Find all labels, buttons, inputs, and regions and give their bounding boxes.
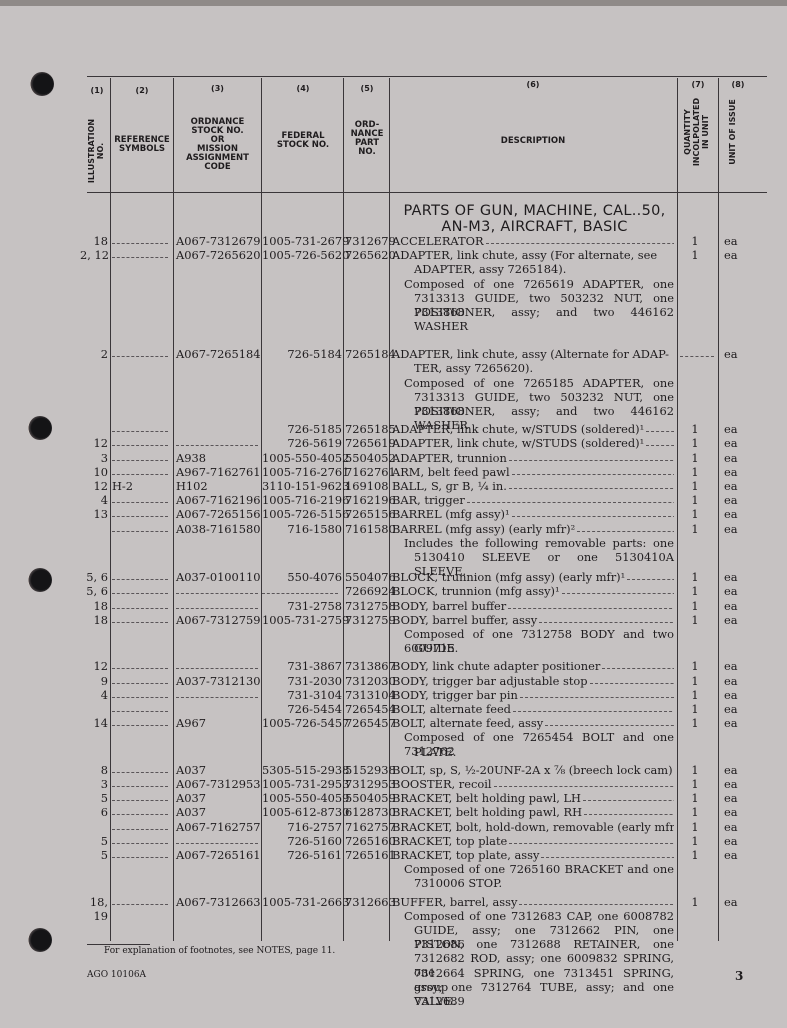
description: BAR, trigger xyxy=(392,493,674,507)
description-text: BAR, trigger xyxy=(392,493,465,507)
description-text: ADAPTER, link chute, w/STUDS (soldered)¹ xyxy=(392,422,644,436)
description-text: BRACKET, belt holding pawl, RH xyxy=(392,805,582,819)
description-text: BRACKET, belt holding pawl, LH xyxy=(392,791,581,805)
ordnance-stock-no xyxy=(176,436,260,450)
leader-dashes xyxy=(577,522,674,532)
reference-symbol xyxy=(112,613,170,627)
column-number: (4) xyxy=(263,84,343,93)
description-text: BRACKET, top plate xyxy=(392,834,507,848)
description: BALL, S, gr B, ¼ in. xyxy=(392,479,674,493)
illustration-no: 13 xyxy=(80,507,108,521)
ordnance-part-no: 5152938 xyxy=(345,763,389,777)
description-text: BODY, trigger bar adjustable stop xyxy=(392,674,588,688)
description-text: BLOCK, trunnion (mfg assy)¹ xyxy=(392,584,560,598)
leader-dashes xyxy=(112,820,168,830)
quantity: 1 xyxy=(680,436,710,450)
federal-stock-no: 1005-550-4059 xyxy=(262,791,342,805)
federal-stock-no: 1005-716-2196 xyxy=(262,493,342,507)
column-number: (8) xyxy=(720,80,756,89)
illustration-no: 19 xyxy=(80,909,108,923)
table-row: 5, 67266924BLOCK, trunnion (mfg assy)¹1e… xyxy=(0,584,787,598)
leader-dashes xyxy=(112,234,168,244)
ordnance-part-no: 7265185 xyxy=(345,422,389,436)
unit-of-issue: ea xyxy=(724,895,754,909)
description: BRACKET, belt holding pawl, RH xyxy=(392,805,674,819)
description-text: BOOSTER, recoil xyxy=(392,777,492,791)
leader-dashes xyxy=(112,895,168,905)
leader-dashes xyxy=(112,777,168,787)
illustration-no: 5 xyxy=(80,834,108,848)
table-row: 2, 12A067-72656201005-726-56207265620ADA… xyxy=(0,248,787,262)
description-continuation: PISTON, one 7312688 RETAINER, one xyxy=(414,937,674,951)
illustration-no: 18 xyxy=(80,613,108,627)
ordnance-part-no: 7313104 xyxy=(345,688,389,702)
table-row: 726-54547265454BOLT, alternate feed1ea xyxy=(0,702,787,716)
table-row: 5, 6A037-0100110550-40765504076BLOCK, tr… xyxy=(0,570,787,584)
header-description: DESCRIPTION xyxy=(390,137,676,146)
table-row: 3A067-73129531005-731-29537312953BOOSTER… xyxy=(0,777,787,791)
quantity: 1 xyxy=(680,674,710,688)
ordnance-part-no: 169108 xyxy=(345,479,389,493)
leader-dashes xyxy=(112,599,168,609)
ordnance-stock-no: A067-7265184 xyxy=(176,347,260,361)
leader-dashes xyxy=(112,659,168,669)
quantity: 1 xyxy=(680,895,710,909)
table-row: 12726-56197265619ADAPTER, link chute, w/… xyxy=(0,436,787,450)
quantity: 1 xyxy=(680,570,710,584)
unit-of-issue: ea xyxy=(724,791,754,805)
description-continuation: Composed of one 7312683 CAP, one 6008782 xyxy=(404,909,674,923)
leader-dashes xyxy=(486,234,674,244)
footnote-rule xyxy=(87,944,150,945)
description-continuation: Composed of one 7265619 ADAPTER, one xyxy=(404,277,674,291)
ordnance-part-no: 7312679 xyxy=(345,234,389,248)
leader-dashes xyxy=(262,584,338,594)
quantity: 1 xyxy=(680,702,710,716)
description-text: BUFFER, barrel, assy xyxy=(392,895,517,909)
ordnance-part-no: 7162757 xyxy=(345,820,389,834)
reference-symbol xyxy=(112,716,170,730)
unit-of-issue: ea xyxy=(724,716,754,730)
leader-dashes xyxy=(519,895,674,905)
header-illustration-no: ILLUSTRATIONNO. xyxy=(87,116,105,186)
table-row: 4A067-71621961005-716-21967162196BAR, tr… xyxy=(0,493,787,507)
federal-stock-no: 550-4076 xyxy=(262,570,342,584)
unit-of-issue: ea xyxy=(724,465,754,479)
page-number: 3 xyxy=(735,969,743,983)
ordnance-part-no: 7313867 xyxy=(345,659,389,673)
header-federal-stock-no: FEDERALSTOCK NO. xyxy=(263,132,343,150)
ordnance-stock-no xyxy=(176,834,260,848)
reference-symbol xyxy=(112,763,170,777)
quantity: 1 xyxy=(680,422,710,436)
leader-dashes xyxy=(583,791,674,801)
leader-dashes xyxy=(520,688,674,698)
column-number: (6) xyxy=(390,80,676,89)
reference-symbol xyxy=(112,584,170,598)
illustration-no: 2, 12 xyxy=(80,248,108,262)
illustration-no: 4 xyxy=(80,493,108,507)
federal-stock-no: 726-5161 xyxy=(262,848,342,862)
federal-stock-no: 1005-726-5620 xyxy=(262,248,342,262)
description-continuation: GUIDE. xyxy=(414,641,674,655)
description-text: ADAPTER, link chute, assy (Alternate for… xyxy=(392,347,669,361)
leader-dashes xyxy=(513,702,674,712)
leader-dashes xyxy=(112,763,168,773)
description-text: BODY, trigger bar pin xyxy=(392,688,518,702)
reference-symbol: H-2 xyxy=(112,479,170,493)
quantity: 1 xyxy=(680,248,710,262)
leader-dashes xyxy=(545,716,674,726)
ordnance-part-no: 7265161 xyxy=(345,848,389,862)
federal-stock-no: 1005-716-2761 xyxy=(262,465,342,479)
table-row: 726-51857265185ADAPTER, link chute, w/ST… xyxy=(0,422,787,436)
leader-dashes xyxy=(112,702,168,712)
illustration-no: 5, 6 xyxy=(80,570,108,584)
reference-symbol xyxy=(112,347,170,361)
quantity: 1 xyxy=(680,451,710,465)
federal-stock-no: 716-1580 xyxy=(262,522,342,536)
federal-stock-no: 1005-731-2759 xyxy=(262,613,342,627)
table-header-rule xyxy=(87,192,767,193)
leader-dashes xyxy=(680,347,714,357)
quantity: 1 xyxy=(680,688,710,702)
table-row: 18A067-73127591005-731-27597312759BODY, … xyxy=(0,613,787,627)
quantity: 1 xyxy=(680,820,710,834)
description: BODY, trigger bar adjustable stop xyxy=(392,674,674,688)
reference-symbol xyxy=(112,688,170,702)
description: BODY, link chute adapter positioner xyxy=(392,659,674,673)
reference-symbol xyxy=(112,465,170,479)
ordnance-part-no: 5504052 xyxy=(345,451,389,465)
description-text: BRACKET, top plate, assy xyxy=(392,848,539,862)
leader-dashes xyxy=(512,465,674,475)
illustration-no: 6 xyxy=(80,805,108,819)
description-text: BARREL (mfg assy)¹ xyxy=(392,507,510,521)
leader-dashes xyxy=(602,659,674,669)
unit-of-issue: ea xyxy=(724,493,754,507)
reference-symbol xyxy=(112,777,170,791)
reference-symbol xyxy=(112,599,170,613)
unit-of-issue: ea xyxy=(724,522,754,536)
reference-symbol xyxy=(112,895,170,909)
header-ordnance-stock-no: ORDNANCESTOCK NO.OR MISSIONASSIGNMENTCOD… xyxy=(175,118,260,172)
leader-dashes xyxy=(512,507,674,517)
description: BRACKET, top plate xyxy=(392,834,674,848)
column-number: (7) xyxy=(679,80,717,89)
leader-dashes xyxy=(176,599,258,609)
reference-symbol xyxy=(112,570,170,584)
reference-symbol xyxy=(112,234,170,248)
illustration-no: 18 xyxy=(80,234,108,248)
federal-stock-no xyxy=(262,584,342,598)
description-text: BALL, S, gr B, ¼ in. xyxy=(392,479,507,493)
quantity: 1 xyxy=(680,234,710,248)
page-top-edge xyxy=(0,0,787,6)
leader-dashes xyxy=(562,584,674,594)
federal-stock-no: 1005-612-8730 xyxy=(262,805,342,819)
ordnance-part-no: 7265457 xyxy=(345,716,389,730)
quantity: 1 xyxy=(680,507,710,521)
description-text: BOLT, alternate feed, assy xyxy=(392,716,543,730)
ordnance-part-no: 5504076 xyxy=(345,570,389,584)
table-row: 2A067-7265184726-51847265184ADAPTER, lin… xyxy=(0,347,787,361)
ordnance-part-no: 7162196 xyxy=(345,493,389,507)
illustration-no: 12 xyxy=(80,479,108,493)
ordnance-stock-no: A067-7265161 xyxy=(176,848,260,862)
description-continuation: 7310006 STOP. xyxy=(414,876,674,890)
federal-stock-no: 731-2030 xyxy=(262,674,342,688)
description-text: ADAPTER, trunnion xyxy=(392,451,507,465)
unit-of-issue: ea xyxy=(724,820,754,834)
illustration-no: 5, 6 xyxy=(80,584,108,598)
federal-stock-no: 726-5185 xyxy=(262,422,342,436)
ordnance-part-no: 7265619 xyxy=(345,436,389,450)
description: BODY, trigger bar pin xyxy=(392,688,674,702)
ordnance-part-no: 7265454 xyxy=(345,702,389,716)
ordnance-stock-no xyxy=(176,584,260,598)
ordnance-part-no: 7312953 xyxy=(345,777,389,791)
description: ADAPTER, link chute, w/STUDS (soldered)¹ xyxy=(392,436,674,450)
description: BRACKET, belt holding pawl, LH xyxy=(392,791,674,805)
description-text: BOLT, sp, S, ½-20UNF-2A x ⅞ (breech lock… xyxy=(392,763,673,777)
table-row: 12731-38677313867BODY, link chute adapte… xyxy=(0,659,787,673)
reference-symbol xyxy=(112,848,170,862)
leader-dashes xyxy=(509,479,674,489)
table-row: 18,A067-73126631005-731-26637312663BUFFE… xyxy=(0,895,787,909)
reference-symbol xyxy=(112,507,170,521)
leader-dashes xyxy=(112,805,168,815)
unit-of-issue: ea xyxy=(724,507,754,521)
unit-of-issue: ea xyxy=(724,674,754,688)
binder-hole xyxy=(28,928,52,952)
description: ACCELERATOR xyxy=(392,234,674,248)
description-text: BLOCK, trunnion (mfg assy) (early mfr)¹ xyxy=(392,570,625,584)
description-text: BODY, link chute adapter positioner xyxy=(392,659,600,673)
federal-stock-no: 731-2758 xyxy=(262,599,342,613)
illustration-no: 18, xyxy=(80,895,108,909)
reference-symbol xyxy=(112,522,170,536)
leader-dashes xyxy=(112,613,168,623)
unit-of-issue: ea xyxy=(724,777,754,791)
ordnance-part-no: 7265184 xyxy=(345,347,389,361)
leader-dashes xyxy=(508,599,674,609)
leader-dashes xyxy=(112,674,168,684)
ordnance-part-no: 7312758 xyxy=(345,599,389,613)
ordnance-stock-no: A067-7265156 xyxy=(176,507,260,521)
table-row: 5A0371005-550-40595504059BRACKET, belt h… xyxy=(0,791,787,805)
ordnance-part-no: 7161580 xyxy=(345,522,389,536)
description-text: BODY, barrel buffer xyxy=(392,599,506,613)
table-row: 9A037-7312130731-20307312030BODY, trigge… xyxy=(0,674,787,688)
ordnance-stock-no: A067-7312953 xyxy=(176,777,260,791)
header-quantity: QUANTITYINCOLPOLATEDIN UNIT xyxy=(683,92,710,172)
description: ADAPTER, trunnion xyxy=(392,451,674,465)
leader-dashes xyxy=(646,422,674,432)
description-text: BARREL (mfg assy) (early mfr)² xyxy=(392,522,575,536)
quantity: 1 xyxy=(680,584,710,598)
ordnance-stock-no: A037 xyxy=(176,791,260,805)
table-row: 18A067-73126791005-731-26797312679ACCELE… xyxy=(0,234,787,248)
description: ARM, belt feed pawl xyxy=(392,465,674,479)
leader-dashes xyxy=(112,347,168,357)
leader-dashes xyxy=(627,570,674,580)
description-text: ARM, belt feed pawl xyxy=(392,465,510,479)
federal-stock-no: 726-5619 xyxy=(262,436,342,450)
leader-dashes xyxy=(467,493,674,503)
description: ADAPTER, link chute, assy (Alternate for… xyxy=(392,347,674,361)
unit-of-issue: ea xyxy=(724,436,754,450)
illustration-no: 5 xyxy=(80,791,108,805)
description: BOLT, sp, S, ½-20UNF-2A x ⅞ (breech lock… xyxy=(392,763,674,777)
ordnance-stock-no: A067-7162196 xyxy=(176,493,260,507)
federal-stock-no: 3110-151-9623 xyxy=(262,479,342,493)
unit-of-issue: ea xyxy=(724,613,754,627)
illustration-no: 3 xyxy=(80,451,108,465)
federal-stock-no: 726-5160 xyxy=(262,834,342,848)
leader-dashes xyxy=(539,613,674,623)
table-row: 10A967-71627611005-716-27617162761ARM, b… xyxy=(0,465,787,479)
table-row: 12H-2H1023110-151-9623169108BALL, S, gr … xyxy=(0,479,787,493)
leader-dashes xyxy=(541,848,674,858)
description: BARREL (mfg assy)¹ xyxy=(392,507,674,521)
quantity: 1 xyxy=(680,465,710,479)
unit-of-issue: ea xyxy=(724,347,754,361)
quantity xyxy=(680,347,710,361)
quantity: 1 xyxy=(680,479,710,493)
ordnance-stock-no: A037-0100110 xyxy=(176,570,260,584)
reference-symbol xyxy=(112,674,170,688)
leader-dashes xyxy=(112,248,168,258)
table-row: A067-7162757716-27577162757BRACKET, bolt… xyxy=(0,820,787,834)
unit-of-issue: ea xyxy=(724,834,754,848)
ordnance-stock-no: A067-7312663 xyxy=(176,895,260,909)
federal-stock-no: 1005-726-5156 xyxy=(262,507,342,521)
illustration-no: 2 xyxy=(80,347,108,361)
description-text: ACCELERATOR xyxy=(392,234,484,248)
ordnance-stock-no: A067-7312759 xyxy=(176,613,260,627)
ordnance-stock-no xyxy=(176,659,260,673)
table-row: 6A0371005-612-87306128730BRACKET, belt h… xyxy=(0,805,787,819)
reference-symbol xyxy=(112,451,170,465)
ordnance-part-no: 7162761 xyxy=(345,465,389,479)
leader-dashes xyxy=(494,777,674,787)
illustration-no: 10 xyxy=(80,465,108,479)
unit-of-issue: ea xyxy=(724,763,754,777)
ordnance-stock-no: A067-7265620 xyxy=(176,248,260,262)
federal-stock-no: 726-5454 xyxy=(262,702,342,716)
quantity: 1 xyxy=(680,848,710,862)
leader-dashes xyxy=(112,716,168,726)
leader-dashes xyxy=(112,493,168,503)
leader-dashes xyxy=(646,436,674,446)
column-number: (1) xyxy=(85,86,109,95)
federal-stock-no: 731-3104 xyxy=(262,688,342,702)
reference-symbol xyxy=(112,791,170,805)
description-continuation: Includes the following removable parts: … xyxy=(404,536,674,550)
table-row: 5726-51607265160BRACKET, top plate1ea xyxy=(0,834,787,848)
leader-dashes xyxy=(176,688,258,698)
leader-dashes xyxy=(112,522,168,532)
unit-of-issue: ea xyxy=(724,570,754,584)
illustration-no: 9 xyxy=(80,674,108,688)
federal-stock-no: 1005-726-5457 xyxy=(262,716,342,730)
reference-symbol xyxy=(112,422,170,436)
federal-stock-no: 1005-731-2679 xyxy=(262,234,342,248)
table-row: 3A9381005-550-40525504052ADAPTER, trunni… xyxy=(0,451,787,465)
quantity: 1 xyxy=(680,599,710,613)
quantity: 1 xyxy=(680,763,710,777)
description: BOLT, alternate feed, assy xyxy=(392,716,674,730)
header-unit-of-issue: UNIT OF ISSUE xyxy=(728,92,737,172)
description-text: ADAPTER, link chute, assy (For alternate… xyxy=(392,248,657,262)
quantity: 1 xyxy=(680,613,710,627)
reference-symbol xyxy=(112,820,170,834)
quantity: 1 xyxy=(680,791,710,805)
leader-dashes xyxy=(509,834,674,844)
table-row: 4731-31047313104BODY, trigger bar pin1ea xyxy=(0,688,787,702)
description: BLOCK, trunnion (mfg assy)¹ xyxy=(392,584,674,598)
description: BOOSTER, recoil xyxy=(392,777,674,791)
quantity: 1 xyxy=(680,805,710,819)
header-ordnance-part-no: ORD-NANCEPARTNO. xyxy=(345,121,389,157)
ordnance-stock-no: A967 xyxy=(176,716,260,730)
federal-stock-no: 1005-731-2953 xyxy=(262,777,342,791)
unit-of-issue: ea xyxy=(724,234,754,248)
ordnance-part-no: 6128730 xyxy=(345,805,389,819)
leader-dashes xyxy=(176,659,258,669)
table-row: 14A9671005-726-54577265457BOLT, alternat… xyxy=(0,716,787,730)
ordnance-part-no: 7312759 xyxy=(345,613,389,627)
ordnance-part-no: 5504059 xyxy=(345,791,389,805)
ordnance-stock-no: A067-7312679 xyxy=(176,234,260,248)
illustration-no: 5 xyxy=(80,848,108,862)
illustration-no: 4 xyxy=(80,688,108,702)
leader-dashes xyxy=(112,688,168,698)
description: ADAPTER, link chute, w/STUDS (soldered)¹ xyxy=(392,422,674,436)
description: BUFFER, barrel, assy xyxy=(392,895,674,909)
reference-symbol xyxy=(112,248,170,262)
leader-dashes xyxy=(112,570,168,580)
description-continuation: PLATE. xyxy=(414,745,674,759)
reference-symbol xyxy=(112,834,170,848)
illustration-no: 14 xyxy=(80,716,108,730)
header-reference-symbols: REFERENCESYMBOLS xyxy=(112,136,172,154)
description-continuation: TER, assy 7265620). xyxy=(414,361,674,375)
description-continuation: VALVE. xyxy=(414,994,674,1008)
reference-symbol xyxy=(112,493,170,507)
unit-of-issue: ea xyxy=(724,422,754,436)
table-row: 13A067-72651561005-726-51567265156BARREL… xyxy=(0,507,787,521)
ordnance-part-no: 7265160 xyxy=(345,834,389,848)
leader-dashes xyxy=(176,436,258,446)
leader-dashes xyxy=(112,422,168,432)
quantity: 1 xyxy=(680,493,710,507)
quantity: 1 xyxy=(680,834,710,848)
unit-of-issue: ea xyxy=(724,659,754,673)
quantity: 1 xyxy=(680,716,710,730)
description: BRACKET, bolt, hold-down, removable (ear… xyxy=(392,820,674,834)
table-row: 8A0375305-515-29385152938BOLT, sp, S, ½-… xyxy=(0,763,787,777)
federal-stock-no: 716-2757 xyxy=(262,820,342,834)
unit-of-issue: ea xyxy=(724,599,754,613)
federal-stock-no: 5305-515-2938 xyxy=(262,763,342,777)
leader-dashes xyxy=(176,584,258,594)
quantity: 1 xyxy=(680,659,710,673)
description: BARREL (mfg assy) (early mfr)² xyxy=(392,522,674,536)
unit-of-issue: ea xyxy=(724,248,754,262)
reference-symbol xyxy=(112,702,170,716)
